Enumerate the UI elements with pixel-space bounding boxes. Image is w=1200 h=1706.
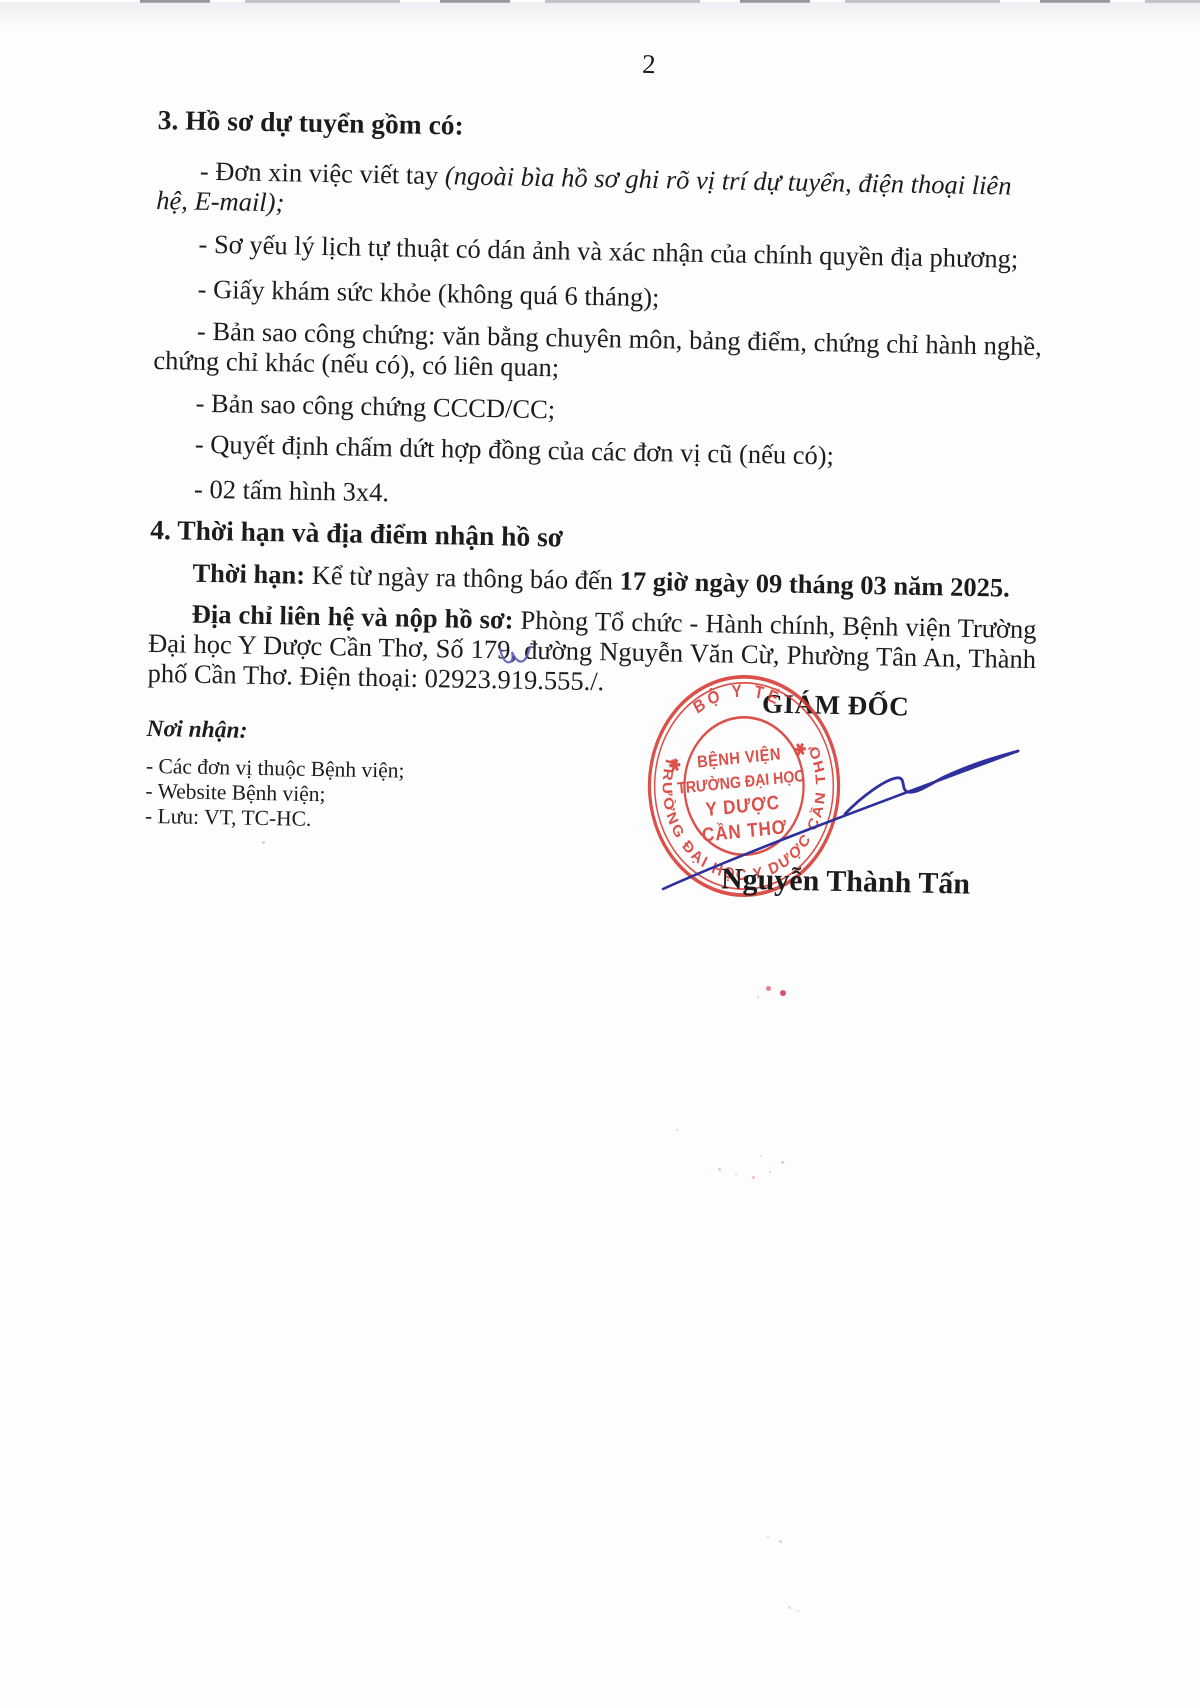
item-don-xin-viec: - Đơn xin việc viết tay (ngoài bìa hồ sơ…	[156, 155, 1045, 231]
ink-speck	[788, 1606, 791, 1609]
deadline-date: 17 giờ ngày 09 tháng 03 năm 2025.	[619, 566, 1010, 603]
section-3-heading: 3. Hồ sơ dự tuyển gồm có:	[157, 103, 1045, 153]
ink-speck	[780, 990, 786, 996]
deadline-text: Kể từ ngày ra thông báo đến	[305, 560, 620, 596]
item-tam-hinh: - 02 tấm hình 3x4.	[151, 473, 1039, 519]
ink-speck	[767, 1536, 769, 1538]
scanned-document-page: 2 3. Hồ sơ dự tuyển gồm có: - Đơn xin vi…	[0, 0, 1200, 1706]
ink-speck	[781, 1161, 784, 1164]
ink-speck	[760, 1155, 762, 1157]
item-quyet-dinh-cham-dut: - Quyết định chấm dứt hợp đồng của các đ…	[152, 428, 1040, 474]
page-number: 2	[205, 39, 1093, 89]
signer-name: Nguyễn Thành Tấn	[721, 861, 971, 902]
ink-speck	[752, 1176, 755, 1179]
ink-speck	[766, 986, 771, 991]
recipients-heading: Nơi nhận:	[146, 716, 1034, 758]
recipients-block: Nơi nhận: - Các đơn vị thuộc Bệnh viện; …	[145, 716, 1035, 845]
document-body: 2 3. Hồ sơ dự tuyển gồm có: - Đơn xin vi…	[0, 0, 1200, 848]
ink-speck	[779, 1540, 782, 1543]
section-4-heading: 4. Thời hạn và địa điểm nhận hồ sơ	[150, 513, 1038, 563]
item-ban-sao-cong-chung-van-bang: - Bản sao công chứng: văn bằng chuyên mô…	[153, 315, 1042, 391]
item-ban-sao-cccd: - Bản sao công chứng CCCD/CC;	[152, 387, 1040, 433]
ink-speck	[735, 1173, 737, 1175]
item-so-yeu-ly-lich: - Sơ yếu lý lịch tự thuật có dán ảnh và …	[155, 228, 1043, 274]
ink-speck	[769, 1171, 771, 1173]
deadline-label: Thời hạn:	[192, 558, 305, 590]
deadline-line: Thời hạn: Kể từ ngày ra thông báo đến 17…	[149, 557, 1037, 603]
dust-speck	[262, 841, 265, 844]
ink-speck	[757, 996, 759, 998]
ink-speck	[797, 1610, 799, 1612]
item-text: - Đơn xin việc viết tay	[200, 156, 446, 190]
item-giay-kham-suc-khoe: - Giấy khám sức khỏe (không quá 6 tháng)…	[154, 273, 1042, 319]
address-line: Địa chỉ liên hệ và nộp hồ sơ: Phòng Tổ c…	[147, 598, 1037, 704]
dust-speck	[676, 1129, 678, 1131]
ink-speck	[718, 1168, 721, 1171]
